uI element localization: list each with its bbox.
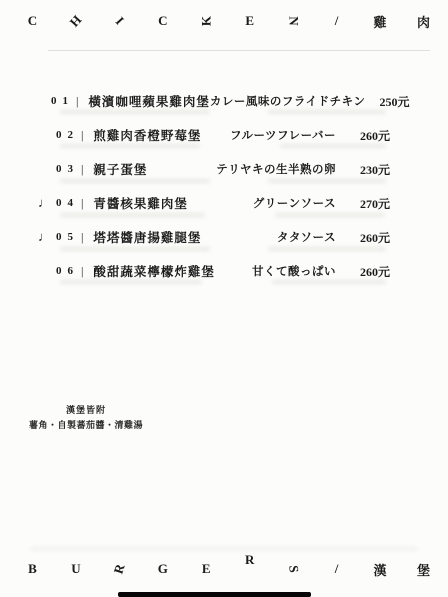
footer-letter: R	[110, 560, 129, 577]
header-letter: K	[198, 15, 214, 28]
item-number: 03	[56, 163, 79, 175]
header-letter: I	[109, 11, 130, 31]
header-letter: 肉	[417, 12, 430, 31]
footer-letter: 堡	[417, 560, 430, 579]
burger-footnote: 漢堡皆附 薯角・自製蕃茄醬・清雞湯	[26, 403, 146, 434]
section-title-chicken: C H I C K E N / 雞 肉	[26, 10, 430, 32]
showthrough-smudge	[268, 247, 386, 251]
header-letter: 雞	[374, 12, 387, 31]
item-number: 06	[56, 265, 79, 277]
footer-letter: R	[243, 552, 256, 568]
item-name-zh: 青醬核果雞肉堡	[93, 194, 252, 212]
header-letter: C	[156, 13, 169, 29]
showthrough-smudge	[268, 110, 386, 114]
item-separator: |	[81, 230, 83, 245]
showthrough-smudge	[275, 213, 385, 217]
footnote-line2: 薯角・自製蕃茄醬・清雞湯	[26, 418, 146, 433]
showthrough-smudge	[60, 144, 200, 148]
header-letter: C	[26, 13, 39, 29]
footer-letter: U	[69, 561, 82, 577]
header-letter: /	[330, 13, 343, 29]
item-price: 260元	[350, 229, 390, 246]
music-note-icon: ♩	[38, 229, 56, 245]
footer-letter: G	[156, 561, 169, 577]
item-desc-ja: グリーンソース	[253, 195, 336, 211]
showthrough-smudge	[30, 547, 418, 551]
item-number: 05	[56, 231, 79, 243]
item-price: 270元	[350, 195, 390, 212]
item-number: 02	[56, 129, 79, 141]
footer-letter: 漢	[374, 560, 387, 579]
showthrough-smudge	[60, 280, 202, 284]
item-price: 250元	[379, 93, 409, 110]
item-desc-ja: 甘くて酸っぱい	[252, 263, 336, 279]
item-desc-ja: フルーツフレーバー	[230, 127, 336, 143]
section-title-burgers: B U R G E R S / 漢 堡	[26, 556, 430, 582]
showthrough-smudge	[272, 280, 386, 284]
header-letter: H	[66, 11, 87, 31]
item-number: 01	[51, 95, 74, 107]
menu-list: ♩ 01 | 橫濱咖哩蘋果雞肉堡 カレー風味のフライドチキン 250元 ♩ 02…	[38, 84, 390, 288]
item-separator: |	[81, 128, 83, 143]
bottom-bar	[118, 592, 311, 597]
header-letter: E	[243, 13, 256, 29]
item-name-zh: 親子蛋堡	[93, 160, 216, 178]
item-name-zh: 煎雞肉香橙野莓堡	[93, 126, 230, 144]
item-price: 260元	[350, 127, 390, 144]
item-separator: |	[81, 264, 83, 279]
music-note-icon: ♩	[38, 195, 56, 211]
item-number: 04	[56, 197, 79, 209]
footnote-line1: 漢堡皆附	[26, 403, 146, 418]
footer-letter: B	[26, 561, 39, 577]
showthrough-smudge	[268, 179, 386, 183]
footer-letter: E	[200, 561, 213, 577]
footer-letter: S	[285, 562, 302, 576]
item-price: 260元	[350, 263, 390, 280]
showthrough-smudge	[280, 144, 386, 148]
item-desc-ja: タタソース	[277, 229, 336, 245]
showthrough-smudge	[60, 179, 210, 183]
item-name-zh: 塔塔醬唐揚雞腿堡	[93, 228, 277, 246]
header-letter: N	[285, 15, 301, 28]
footer-letter: /	[330, 561, 343, 577]
item-separator: |	[81, 196, 83, 211]
showthrough-smudge	[60, 213, 205, 217]
item-name-zh: 橫濱咖哩蘋果雞肉堡	[88, 92, 210, 110]
showthrough-smudge	[60, 247, 210, 251]
item-desc-ja: テリヤキの生半熟の卵	[216, 161, 336, 177]
item-separator: |	[81, 162, 83, 177]
item-desc-ja: カレー風味のフライドチキン	[210, 93, 366, 109]
showthrough-smudge	[60, 110, 210, 114]
item-separator: |	[76, 94, 78, 109]
header-divider	[48, 50, 430, 51]
menu-page: C H I C K E N / 雞 肉 ♩ 01 | 橫濱咖哩蘋果雞肉堡	[0, 0, 448, 597]
item-name-zh: 酸甜蔬菜檸檬炸雞堡	[93, 262, 252, 280]
item-price: 230元	[350, 161, 390, 178]
